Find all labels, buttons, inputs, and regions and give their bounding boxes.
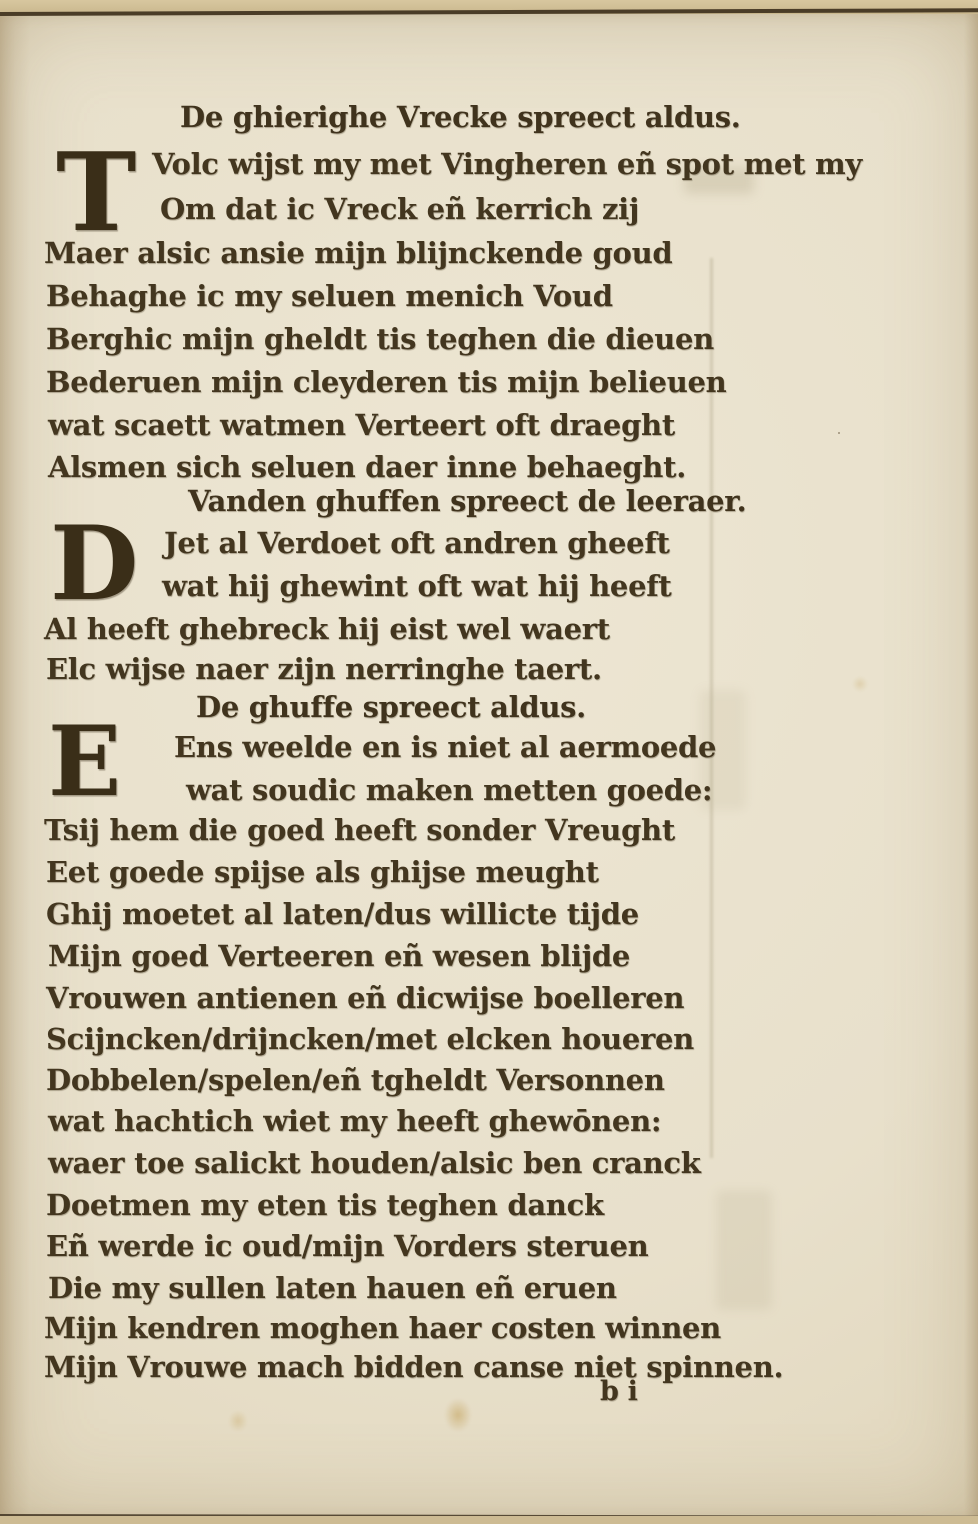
verse-line: Volc wijst my met Vingheren eñ spot met … xyxy=(152,147,862,181)
verse-line: wat scaett watmen Verteert oft draeght xyxy=(48,408,675,442)
verse-line: wat hij ghewint oft wat hij heeft xyxy=(162,569,672,603)
verse-line: Behaghe ic my seluen menich Voud xyxy=(46,279,613,313)
verse-line: wat soudic maken metten goede: xyxy=(186,773,712,807)
verse-line: Scijncken/drijncken/met elcken houeren xyxy=(46,1022,694,1056)
verse-line: Eet goede spijse als ghijse meught xyxy=(46,855,599,889)
verse-line: Ens weelde en is niet al aermoede xyxy=(174,730,716,764)
verse-line: Eñ werde ic oud/mijn Vorders steruen xyxy=(46,1229,648,1263)
verse-line: wat hachtich wiet my heeft ghewōnen: xyxy=(48,1104,661,1138)
right-edge-shadow xyxy=(964,14,978,1516)
verse-line: Ghij moetet al laten/dus willicte tijde xyxy=(46,897,639,931)
verse-line: Jet al Verdoet oft andren gheeft xyxy=(164,526,670,560)
paper-stain xyxy=(228,1410,248,1432)
drop-cap-initial: D xyxy=(50,524,138,606)
drop-cap-initial: E xyxy=(48,724,121,801)
signature-mark: b i xyxy=(600,1376,638,1407)
verse-line: Berghic mijn gheldt tis teghen die dieue… xyxy=(46,322,714,356)
verse-line: Al heeft ghebreck hij eist wel waert xyxy=(44,612,610,646)
book-page-scan: De ghierighe Vrecke spreect aldus. T Vol… xyxy=(0,0,978,1524)
paper-stain xyxy=(852,676,868,692)
section-heading-spendthrift: De ghuffe spreect aldus. xyxy=(196,690,586,724)
verse-line: Mijn goed Verteeren eñ wesen blijde xyxy=(48,939,630,973)
paper-stain xyxy=(444,1398,472,1432)
section-heading-teacher: Vanden ghuffen spreect de leeraer. xyxy=(188,484,746,518)
paper-speck xyxy=(838,432,840,434)
verse-line: Om dat ic Vreck eñ kerrich zij xyxy=(160,192,639,226)
verse-line: Die my sullen laten hauen eñ eruen xyxy=(48,1271,617,1305)
verse-line: Elc wijse naer zijn nerringhe taert. xyxy=(46,652,602,686)
verse-line: Mijn kendren moghen haer costen winnen xyxy=(44,1311,721,1345)
verse-line: Mijn Vrouwe mach bidden canse niet spinn… xyxy=(44,1350,783,1384)
verse-line: Tsij hem die goed heeft sonder Vreught xyxy=(44,813,675,847)
verse-line: Alsmen sich seluen daer inne behaeght. xyxy=(48,450,686,484)
drop-cap-initial: T xyxy=(56,150,136,236)
verse-line: Doetmen my eten tis teghen danck xyxy=(46,1188,604,1222)
section-heading-miser: De ghierighe Vrecke spreect aldus. xyxy=(180,100,741,134)
binding-shadow xyxy=(0,14,30,1516)
verso-showthrough-patch xyxy=(716,1190,772,1310)
verse-line: Bederuen mijn cleyderen tis mijn belieue… xyxy=(46,365,726,399)
verse-line: waer toe salickt houden/alsic ben cranck xyxy=(48,1146,701,1180)
verse-line: Vrouwen antienen eñ dicwijse boelleren xyxy=(46,981,684,1015)
bottom-underlying-edge xyxy=(0,1516,978,1524)
verse-line: Dobbelen/spelen/eñ tgheldt Versonnen xyxy=(46,1063,665,1097)
verse-line: Maer alsic ansie mijn blijnckende goud xyxy=(44,236,672,270)
